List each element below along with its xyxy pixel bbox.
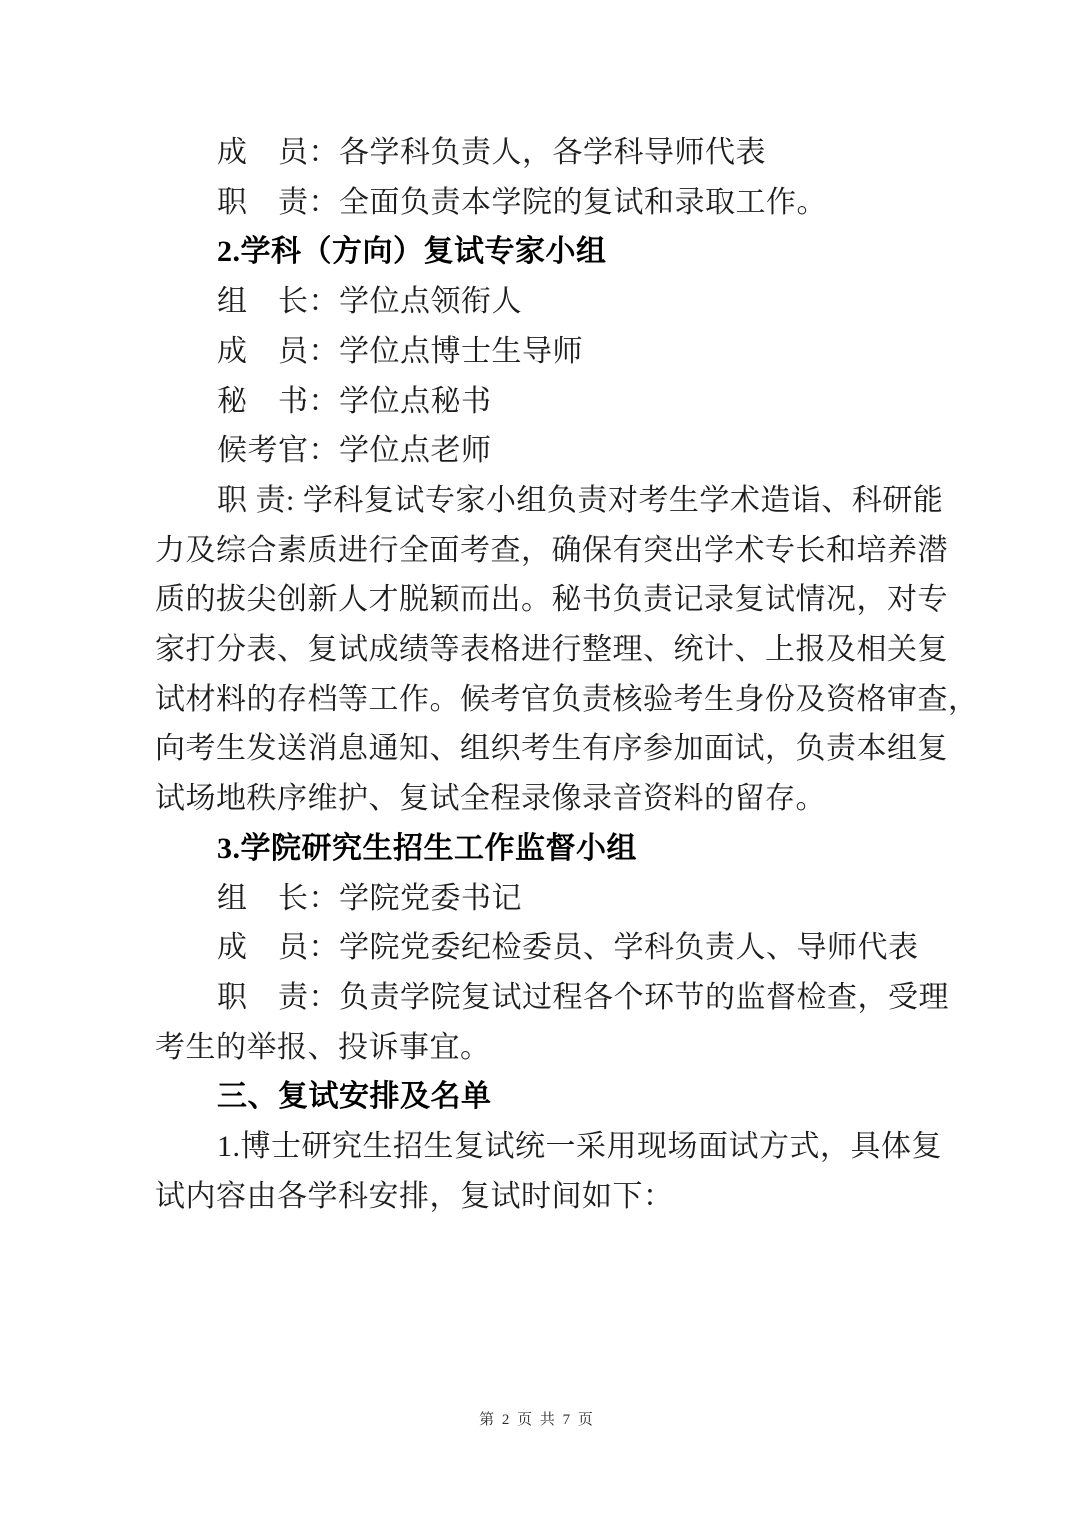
text-line: 组 长：学院党委书记 [155,874,940,924]
text-line: 考生的举报、投诉事宜。 [155,1023,940,1073]
text-line: 组 长：学位点领衔人 [155,277,940,327]
text-line: 家打分表、复试成绩等表格进行整理、统计、上报及相关复 [155,625,940,675]
text-line: 三、复试安排及名单 [155,1072,940,1122]
text-line: 力及综合素质进行全面考查，确保有突出学术专长和培养潜 [155,526,940,576]
text-line: 职 责：负责学院复试过程各个环节的监督检查，受理 [155,973,940,1023]
document-page: 成 员：各学科负责人，各学科导师代表职 责：全面负责本学院的复试和录取工作。2.… [0,0,1074,1520]
text-line: 试材料的存档等工作。候考官负责核验考生身份及资格审查， [155,675,940,725]
document-body: 成 员：各学科负责人，各学科导师代表职 责：全面负责本学院的复试和录取工作。2.… [155,128,940,1221]
text-line: 试场地秩序维护、复试全程录像录音资料的留存。 [155,774,940,824]
text-line: 试内容由各学科安排，复试时间如下： [155,1172,940,1222]
text-line: 1.博士研究生招生复试统一采用现场面试方式，具体复 [155,1122,940,1172]
text-line: 3.学院研究生招生工作监督小组 [155,824,940,874]
text-line: 向考生发送消息通知、组织考生有序参加面试，负责本组复 [155,724,940,774]
text-line: 职 责：全面负责本学院的复试和录取工作。 [155,178,940,228]
text-line: 成 员：学位点博士生导师 [155,327,940,377]
text-line: 2.学科（方向）复试专家小组 [155,227,940,277]
page-footer: 第 2 页 共 7 页 [0,1408,1074,1429]
text-line: 成 员：各学科负责人，各学科导师代表 [155,128,940,178]
page-number-label: 第 2 页 共 7 页 [479,1412,595,1428]
text-line: 秘 书：学位点秘书 [155,377,940,427]
text-line: 候考官：学位点老师 [155,426,940,476]
text-line: 成 员：学院党委纪检委员、学科负责人、导师代表 [155,923,940,973]
text-line: 职 责: 学科复试专家小组负责对考生学术造诣、科研能 [155,476,940,526]
text-line: 质的拔尖创新人才脱颖而出。秘书负责记录复试情况，对专 [155,575,940,625]
